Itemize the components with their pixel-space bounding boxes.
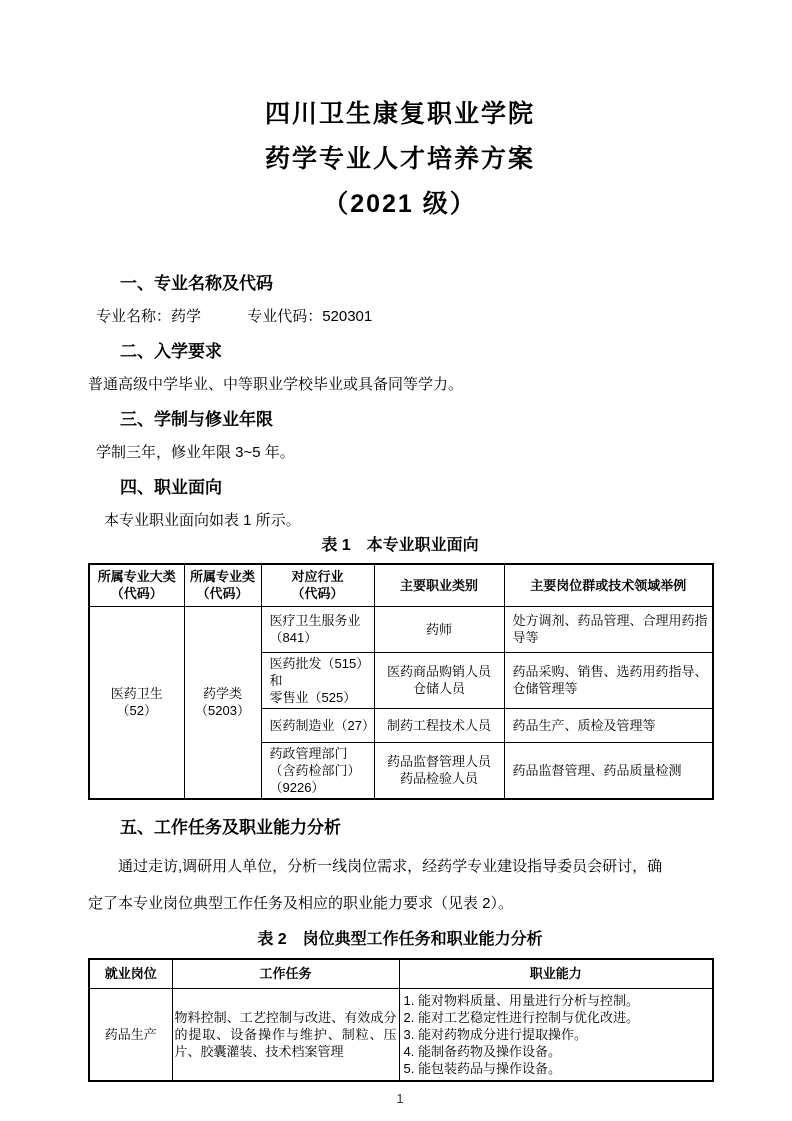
table2-position-cell: 药品生产 bbox=[89, 989, 172, 1081]
table1-category-cell: 药学类 （5203） bbox=[184, 606, 261, 799]
major-name-label: 专业名称：药学 bbox=[96, 306, 201, 328]
table2-row: 药品生产 物料控制、工艺控制与改进、有效成分的提取、设备操作与维护、制粒、压片、… bbox=[89, 989, 713, 1081]
table1-occupation-cell: 制药工程技术人员 bbox=[374, 708, 504, 742]
table1-caption: 表 1 本专业职业面向 bbox=[88, 534, 712, 558]
table1-occupation-cell: 药师 bbox=[374, 606, 504, 652]
document-page: 四川卫生康复职业学院 药学专业人才培养方案 （2021 级） 一、专业名称及代码… bbox=[0, 0, 792, 1121]
section-heading-4: 四、职业面向 bbox=[120, 476, 712, 500]
table2-caption: 表 2 岗位典型工作任务和职业能力分析 bbox=[88, 928, 712, 952]
admission-requirement-text: 普通高级中学毕业、中等职业学校毕业或具备同等学力。 bbox=[88, 374, 712, 396]
page-number: 1 bbox=[88, 1091, 712, 1106]
table1-header-industry: 对应行业 （代码） bbox=[261, 564, 374, 606]
table1-industry-cell: 医疗卫生服务业 （841） bbox=[261, 606, 374, 652]
table2-header-position: 就业岗位 bbox=[89, 959, 172, 989]
table1-industry-cell: 药政管理部门 （含药检部门） （9226） bbox=[261, 742, 374, 799]
table1-header-category: 所属专业类 （代码） bbox=[184, 564, 261, 606]
table2-abilities-cell: 1. 能对物料质量、用量进行分析与控制。 2. 能对工艺稳定性进行控制与优化改进… bbox=[399, 989, 713, 1081]
table2-header-tasks: 工作任务 bbox=[172, 959, 399, 989]
title-line-2: 药学专业人才培养方案 bbox=[88, 137, 712, 182]
section-heading-1: 一、专业名称及代码 bbox=[120, 272, 712, 296]
document-content: 四川卫生康复职业学院 药学专业人才培养方案 （2021 级） 一、专业名称及代码… bbox=[0, 0, 792, 1106]
major-name-code-line: 专业名称：药学 专业代码：520301 bbox=[88, 306, 712, 328]
table1-occupation-cell: 药品监督管理人员 药品检验人员 bbox=[374, 742, 504, 799]
table1-occupation-cell: 医药商品购销人员 仓储人员 bbox=[374, 652, 504, 708]
table2-tasks-cell: 物料控制、工艺控制与改进、有效成分的提取、设备操作与维护、制粒、压片、胶囊灌装、… bbox=[172, 989, 399, 1081]
career-orientation-table: 所属专业大类 （代码） 所属专业类 （代码） 对应行业 （代码） 主要职业类别 … bbox=[88, 563, 714, 800]
title-line-1: 四川卫生康复职业学院 bbox=[88, 92, 712, 137]
document-title: 四川卫生康复职业学院 药学专业人才培养方案 （2021 级） bbox=[88, 0, 712, 227]
table1-examples-cell: 药品生产、质检及管理等 bbox=[504, 708, 713, 742]
table1-header-major-category: 所属专业大类 （代码） bbox=[89, 564, 184, 606]
table1-major-category-cell: 医药卫生 （52） bbox=[89, 606, 184, 799]
table1-header-examples: 主要岗位群或技术领域举例 bbox=[504, 564, 713, 606]
table2-header-row: 就业岗位 工作任务 职业能力 bbox=[89, 959, 713, 989]
table1-industry-cell: 医药批发（515）和 零售业（525） bbox=[261, 652, 374, 708]
study-duration-text: 学制三年，修业年限 3~5 年。 bbox=[88, 442, 712, 464]
section-heading-3: 三、学制与修业年限 bbox=[120, 408, 712, 432]
table1-header-row: 所属专业大类 （代码） 所属专业类 （代码） 对应行业 （代码） 主要职业类别 … bbox=[89, 564, 713, 606]
section-heading-2: 二、入学要求 bbox=[120, 340, 712, 364]
table1-industry-cell: 医药制造业（27） bbox=[261, 708, 374, 742]
section-heading-5: 五、工作任务及职业能力分析 bbox=[120, 816, 712, 840]
table1-header-occupation: 主要职业类别 bbox=[374, 564, 504, 606]
table1-row: 医药卫生 （52） 药学类 （5203） 医疗卫生服务业 （841） 药师 处方… bbox=[89, 606, 713, 652]
title-line-3: （2021 级） bbox=[88, 182, 712, 227]
work-tasks-table: 就业岗位 工作任务 职业能力 药品生产 物料控制、工艺控制与改进、有效成分的提取… bbox=[88, 958, 714, 1082]
major-code-label: 专业代码：520301 bbox=[247, 306, 372, 328]
table2-header-abilities: 职业能力 bbox=[399, 959, 713, 989]
table1-examples-cell: 药品监督管理、药品质量检测 bbox=[504, 742, 713, 799]
table1-examples-cell: 处方调剂、药品管理、合理用药指导等 bbox=[504, 606, 713, 652]
career-orientation-intro: 本专业职业面向如表 1 所示。 bbox=[88, 510, 712, 532]
task-analysis-paragraph: 通过走访,调研用人单位，分析一线岗位需求，经药学专业建设指导委员会研讨，确 定了… bbox=[88, 848, 712, 922]
table1-examples-cell: 药品采购、销售、选药用药指导、仓储管理等 bbox=[504, 652, 713, 708]
